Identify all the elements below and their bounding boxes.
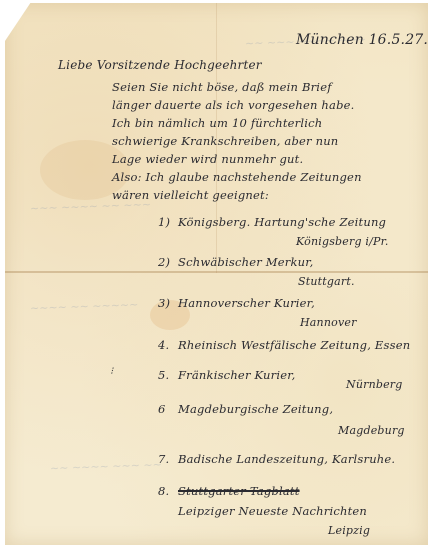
list-item-place: Hannover [300,316,357,329]
list-item-name: Magdeburgische Zeitung, [178,402,333,416]
list-item-place: Leipzig [328,524,370,537]
list-item-place: Stuttgart. [298,275,355,288]
salutation: Liebe Vorsitzende Hochgeehrter [58,58,262,72]
list-item-name: Königsberg. Hartung'sche Zeitung [178,215,386,229]
dateline: München 16.5.27. [296,32,428,48]
body-line: Lage wieder wird nunmehr gut. [112,152,303,166]
list-item-number: 5. [158,368,169,382]
body-line: schwierige Krankschreiben, aber nun [112,134,338,148]
list-item-number: 2) [158,255,170,269]
list-item-name-replacement: Leipziger Neueste Nachrichten [178,504,367,518]
body-line: Also: Ich glaube nachstehende Zeitungen [112,170,362,184]
margin-mark: ⁝ [110,366,113,377]
list-item-place: Königsberg i/Pr. [296,235,389,248]
list-item-number: 8. [158,484,169,498]
list-item-name: Fränkischer Kurier, [178,368,296,382]
list-item-name: Rheinisch Westfälische Zeitung, Essen [178,338,410,352]
list-item-place: Nürnberg [346,378,403,391]
body-line: Ich bin nämlich um 10 fürchterlich [112,116,322,130]
list-item-name: Schwäbischer Merkur, [178,255,314,269]
list-item-name-struck: Stuttgarter Tagblatt [178,484,300,498]
list-item-number: 1) [158,215,170,229]
body-line: länger dauerte als ich vorgesehen habe. [112,98,355,112]
list-item-place: Magdeburg [338,424,405,437]
list-item-number: 6 [158,402,166,416]
body-line: Seien Sie nicht böse, daß mein Brief [112,80,332,94]
list-item-name: Badische Landeszeitung, Karlsruhe. [178,452,395,466]
list-item-number: 7. [158,452,169,466]
list-item-number: 3) [158,296,170,310]
list-item-name: Hannoverscher Kurier, [178,296,315,310]
list-item-number: 4. [158,338,169,352]
body-line: wären vielleicht geeignet: [112,188,269,202]
